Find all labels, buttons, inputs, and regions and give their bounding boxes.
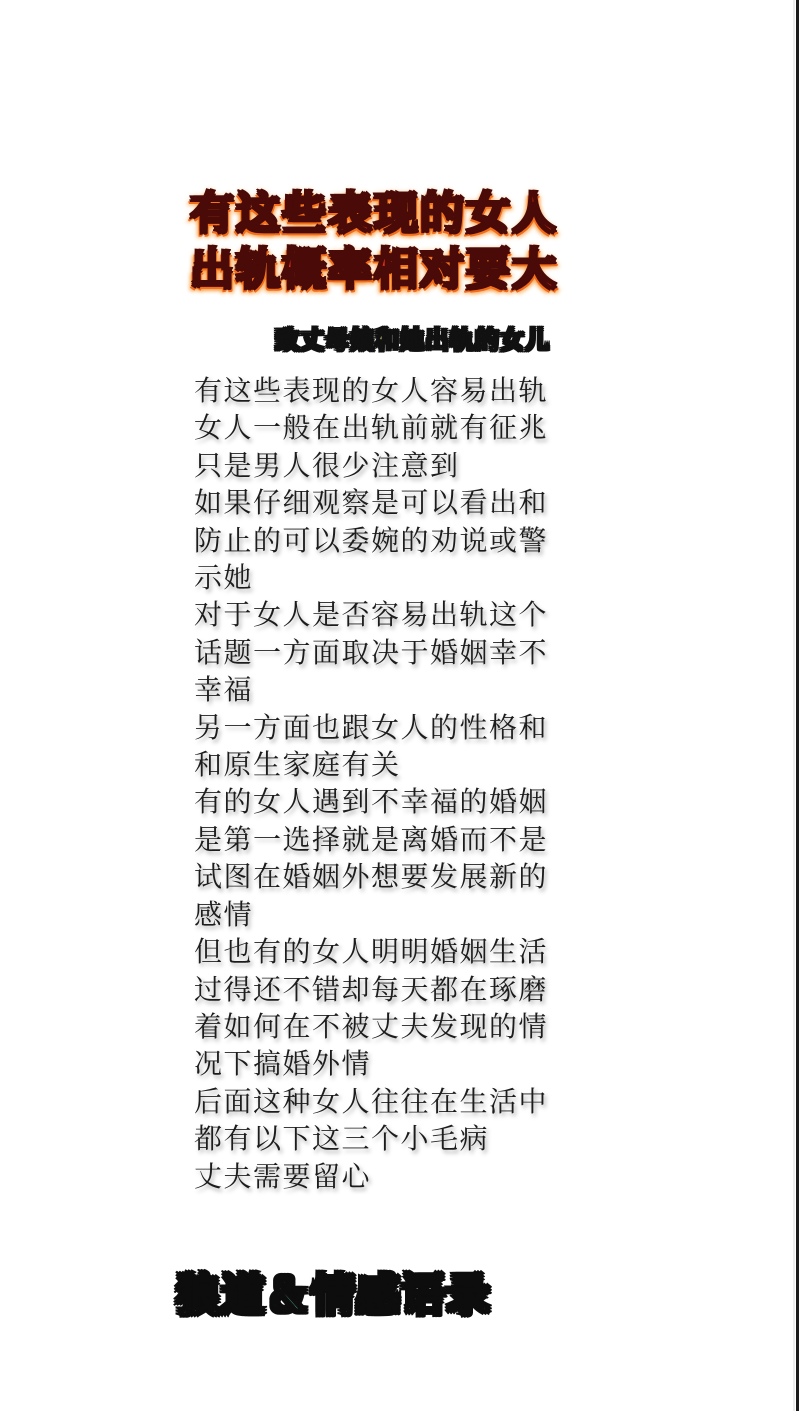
body-line: 防止的可以委婉的劝说或警 [194,522,574,559]
title-block: 有这些表现的女人 出轨概率相对要大 [190,186,590,298]
body-line: 幸福 [194,671,574,708]
title-line-2: 出轨概率相对要大 [190,242,590,298]
body-line: 后面这种女人往往在生活中 [194,1083,574,1120]
footer-brand-label: 狼道＆情感语录 [176,1268,491,1324]
body-line: 但也有的女人明明婚姻生活 [194,933,574,970]
body-line: 对于女人是否容易出轨这个 [194,596,574,633]
body-line: 过得还不错却每天都在琢磨 [194,971,574,1008]
page-edge-border [796,0,799,1411]
body-line: 况下搞婚外情 [194,1045,574,1082]
body-text: 有这些表现的女人容易出轨 女人一般在出轨前就有征兆 只是男人很少注意到 如果仔细… [194,372,574,1195]
body-line: 丈夫需要留心 [194,1158,574,1195]
body-line: 如果仔细观察是可以看出和 [194,484,574,521]
body-line: 有这些表现的女人容易出轨 [194,372,574,409]
body-line: 和原生家庭有关 [194,746,574,783]
subtitle: 致丈母娘和她出轨的女儿 [275,322,550,358]
body-line: 女人一般在出轨前就有征兆 [194,409,574,446]
body-line: 有的女人遇到不幸福的婚姻 [194,783,574,820]
page-edge-shade [793,0,795,1411]
body-line: 感情 [194,896,574,933]
body-line: 只是男人很少注意到 [194,447,574,484]
body-line: 另一方面也跟女人的性格和 [194,709,574,746]
body-line: 着如何在不被丈夫发现的情 [194,1008,574,1045]
body-line: 话题一方面取决于婚姻幸不 [194,634,574,671]
body-line: 都有以下这三个小毛病 [194,1120,574,1157]
body-line: 试图在婚姻外想要发展新的 [194,858,574,895]
title-line-1: 有这些表现的女人 [190,186,590,242]
body-line: 是第一选择就是离婚而不是 [194,821,574,858]
body-line: 示她 [194,559,574,596]
